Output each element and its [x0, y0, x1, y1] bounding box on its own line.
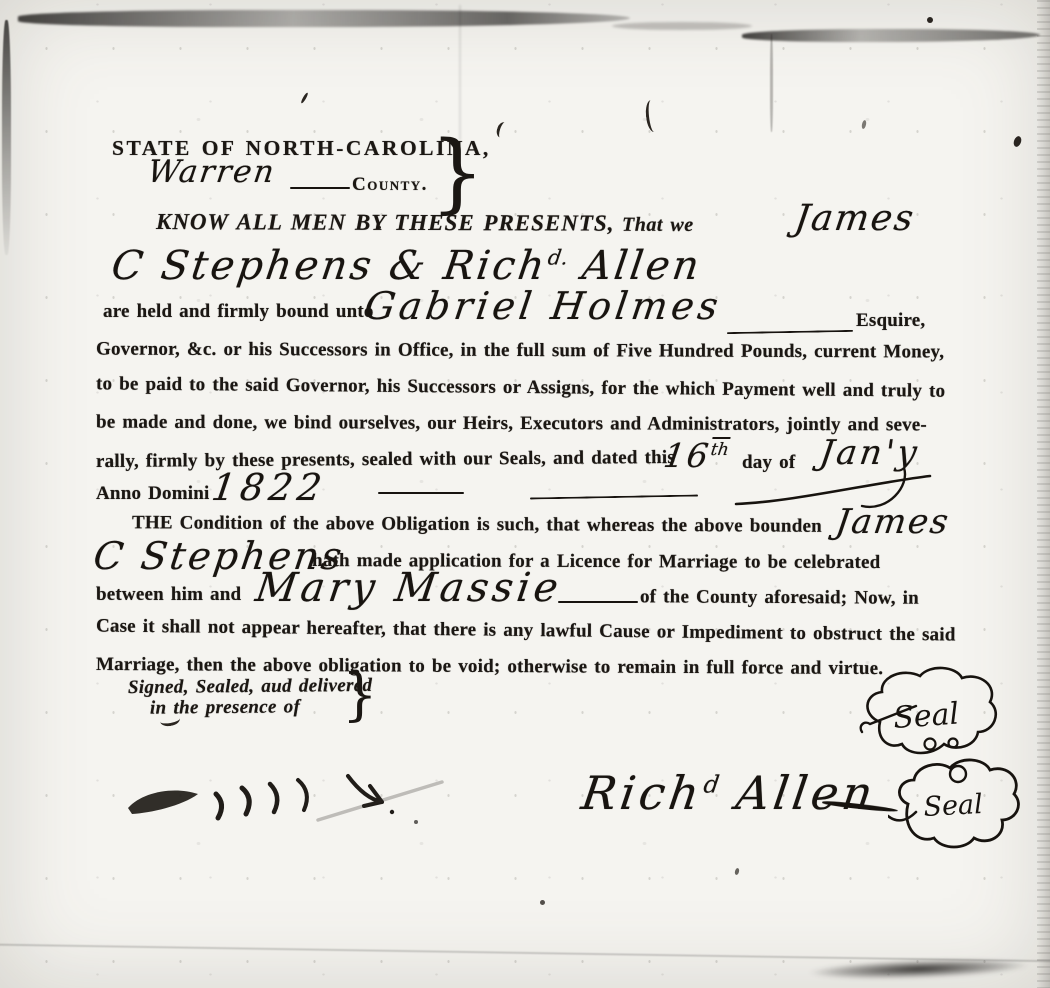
marriage-bond-document: STATE OF NORTH-CAROLINA, Warren County. … — [0, 0, 1050, 988]
lower-seal-word: Seal — [923, 789, 984, 823]
opening-tail: That we — [614, 214, 693, 236]
esquire-label: Esquire, — [856, 310, 925, 332]
year-dash-1 — [378, 492, 464, 494]
ink-speck — [644, 99, 660, 132]
ink-speck — [1012, 135, 1022, 148]
fold-line-vertical-1 — [459, 5, 461, 140]
governor-name-handwritten: Gabriel Holmes — [362, 284, 725, 328]
attestation-line-2: in the presence of — [150, 696, 300, 719]
case-line: Case it shall not appear hereafter, that… — [96, 615, 956, 646]
header-brace: } — [430, 130, 485, 216]
opening-line: KNOW ALL MEN BY THESE PRESENTS, That we — [156, 209, 694, 237]
torn-edge-left — [2, 20, 11, 255]
upper-seal-drawing: Seal — [852, 660, 1007, 768]
bride-name-handwritten: Mary Massie — [253, 565, 565, 611]
body-line-paid: to be paid to the said Governor, his Suc… — [96, 373, 945, 402]
esquire-dash — [727, 330, 853, 334]
torn-edge-top-right — [742, 29, 1040, 42]
body-line-governor: Governor, &c. or his Successors in Offic… — [96, 339, 944, 364]
between-label: between him and — [96, 584, 241, 606]
opening-caps: KNOW ALL MEN BY THESE PRESENTS, — [156, 209, 615, 236]
torn-edge-top-mid — [612, 22, 752, 30]
ink-speck — [495, 121, 510, 140]
county-aforesaid-line: of the County aforesaid; Now, in — [640, 586, 919, 609]
body-line-rally: rally, firmly by these presents, sealed … — [96, 447, 675, 473]
county-name-handwritten: Warren — [145, 154, 278, 190]
bound-unto-label: are held and firmly bound unto — [103, 301, 374, 323]
bride-dash — [558, 601, 638, 603]
bounden-name-handwritten: James — [833, 502, 952, 542]
ink-speck — [300, 92, 309, 104]
attestation-line-1: Signed, Sealed, aud delivered — [128, 675, 372, 699]
obligors-names-handwritten: C Stephens & Richd. Allen — [109, 243, 705, 289]
scan-edge-right — [1037, 0, 1050, 988]
ink-speck — [734, 868, 740, 876]
fold-line-bottom — [0, 944, 1050, 963]
smudge-bottom-right — [808, 956, 1030, 982]
attestation-brace: } — [342, 668, 378, 724]
year-dash-2 — [530, 495, 698, 500]
torn-edge-top-left — [18, 10, 630, 27]
year-handwritten: 1822 — [209, 466, 329, 509]
upper-seal-word: Seal — [892, 696, 960, 736]
ink-scribble — [120, 756, 450, 844]
county-label: County. — [352, 174, 428, 196]
anno-domini-label: Anno Domini — [96, 483, 209, 505]
ink-speck — [927, 17, 933, 23]
ink-speck — [540, 900, 545, 905]
ink-speck — [861, 120, 867, 130]
month-handwritten: Jan'y — [817, 433, 922, 473]
lower-seal-drawing: Seal — [888, 754, 1026, 856]
obligor-first-name-handwritten: James — [792, 198, 918, 239]
obligor-signature-handwritten: Richd Allen — [578, 766, 880, 820]
body-line-made: be made and done, we bind ourselves, our… — [96, 412, 927, 437]
fold-line-vertical-2 — [770, 34, 773, 132]
county-flourish-dash — [290, 187, 350, 189]
day-number-handwritten: 16th — [661, 436, 730, 475]
